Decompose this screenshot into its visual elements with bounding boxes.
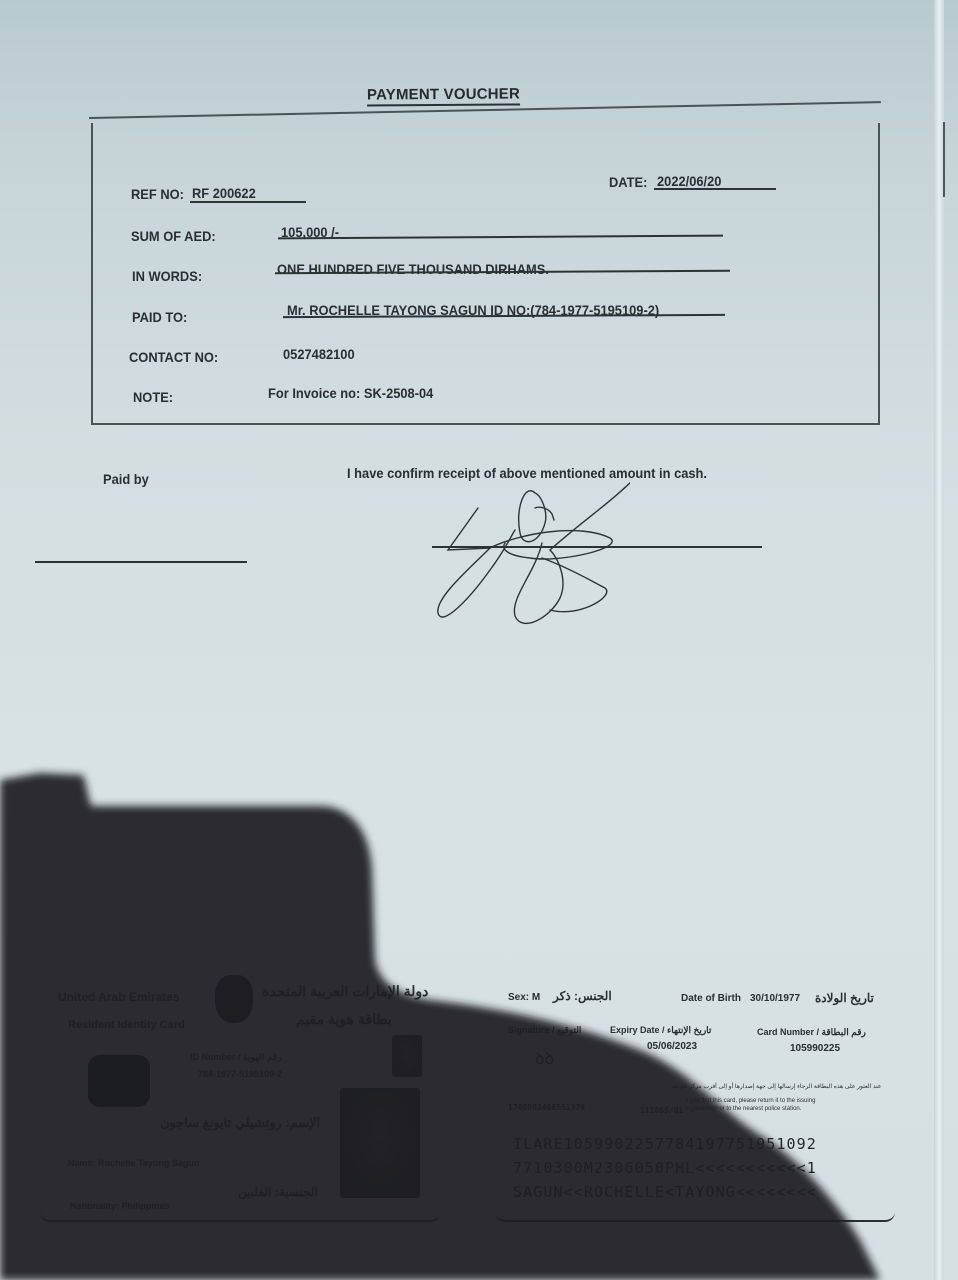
contact-no-label: CONTACT NO: bbox=[129, 349, 218, 365]
in-words-value: ONE HUNDRED FIVE THOUSAND DIRHAMS. bbox=[277, 261, 549, 277]
mrz-line-1: ILARE1059902257784197751951092 bbox=[513, 1135, 817, 1153]
sum-label: SUM OF AED: bbox=[131, 228, 216, 244]
voucher-title: PAYMENT VOUCHER bbox=[367, 85, 520, 106]
id-notice-en-2: organization or to the nearest police st… bbox=[685, 1106, 801, 1112]
id-expiry: 05/06/2023 bbox=[647, 1041, 697, 1052]
id-nationality-ar: الجنسية: الفلبين bbox=[238, 1185, 318, 1199]
date-underline bbox=[654, 188, 776, 190]
note-label: NOTE: bbox=[133, 389, 173, 405]
mrz-line-2: 7710300M2306050PHL<<<<<<<<<<<1 bbox=[513, 1159, 817, 1177]
id-number-label: ID Number / رقم الهوية bbox=[190, 1052, 282, 1063]
id-sex: Sex: M bbox=[508, 992, 540, 1003]
ref-no-underline bbox=[190, 201, 306, 203]
uae-emblem-icon bbox=[215, 975, 253, 1023]
id-dob: 30/10/1977 bbox=[750, 993, 800, 1004]
ref-no-value: RF 200622 bbox=[192, 185, 256, 201]
id-card-type-en: Resident Identity Card bbox=[68, 1019, 185, 1031]
id-notice-en-1: If you find this card, please return it … bbox=[685, 1098, 815, 1104]
id-name-ar: الإسم: روتشيلي تايونغ ساجون bbox=[160, 1115, 320, 1131]
paid-by-signature-line bbox=[35, 561, 247, 563]
id-nationality-en: Nationality: Philippines bbox=[70, 1201, 170, 1211]
mrz-line-3: SAGUN<<ROCHELLE<TAYONG<<<<<<<< bbox=[513, 1183, 817, 1201]
id-name-en: Name: Rochelle Tayong Sagun bbox=[68, 1158, 199, 1168]
id-dob-label: Date of Birth bbox=[681, 993, 741, 1004]
id-notice-ar: عند العثور على هذه البطاقة الرجاء إرساله… bbox=[671, 1083, 881, 1090]
id-chip bbox=[88, 1055, 150, 1107]
id-expiry-label: Expiry Date / تاريخ الإنتهاء bbox=[610, 1025, 711, 1036]
in-words-label: IN WORDS: bbox=[132, 268, 202, 284]
paid-to-label: PAID TO: bbox=[132, 309, 187, 325]
paid-by-label: Paid by bbox=[103, 471, 149, 487]
date-label: DATE: bbox=[609, 174, 647, 190]
note-value: For Invoice no: SK-2508-04 bbox=[268, 385, 433, 401]
handwritten-signature bbox=[430, 478, 630, 638]
id-country-ar: دولة الإمارات العربية المتحدة bbox=[262, 983, 428, 1000]
id-card-front: United Arab Emirates دولة الإمارات العرب… bbox=[40, 975, 440, 1222]
id-dob-ar: تاريخ الولادة bbox=[815, 991, 874, 1005]
id-number: 784-1977-5195109-2 bbox=[198, 1069, 282, 1079]
id-sex-ar: الجنس: ذكر bbox=[553, 989, 612, 1003]
id-holder-signature: ꝺꝺ bbox=[535, 1047, 554, 1069]
id-card-back: Sex: M الجنس: ذكر Date of Birth 30/10/19… bbox=[495, 975, 895, 1222]
id-card-number-label: Card Number / رقم البطاقة bbox=[757, 1027, 866, 1038]
id-card-type-ar: بطاقة هوية مقيم bbox=[296, 1011, 392, 1028]
id-signature-label: Signature / التوقيع bbox=[508, 1025, 581, 1036]
id-serial-left: 1780003408551379 bbox=[508, 1103, 585, 1112]
date-value: 2022/06/20 bbox=[657, 173, 721, 189]
ref-no-label: REF NO: bbox=[131, 186, 184, 202]
id-photo bbox=[340, 1088, 420, 1198]
edge-mark bbox=[943, 122, 945, 197]
contact-no-value: 0527482100 bbox=[283, 346, 355, 362]
id-serial-right: 111065/01 bbox=[640, 1106, 683, 1115]
id-country-en: United Arab Emirates bbox=[58, 990, 180, 1004]
id-card-number: 105990225 bbox=[790, 1043, 840, 1054]
id-photo-small bbox=[392, 1035, 422, 1077]
